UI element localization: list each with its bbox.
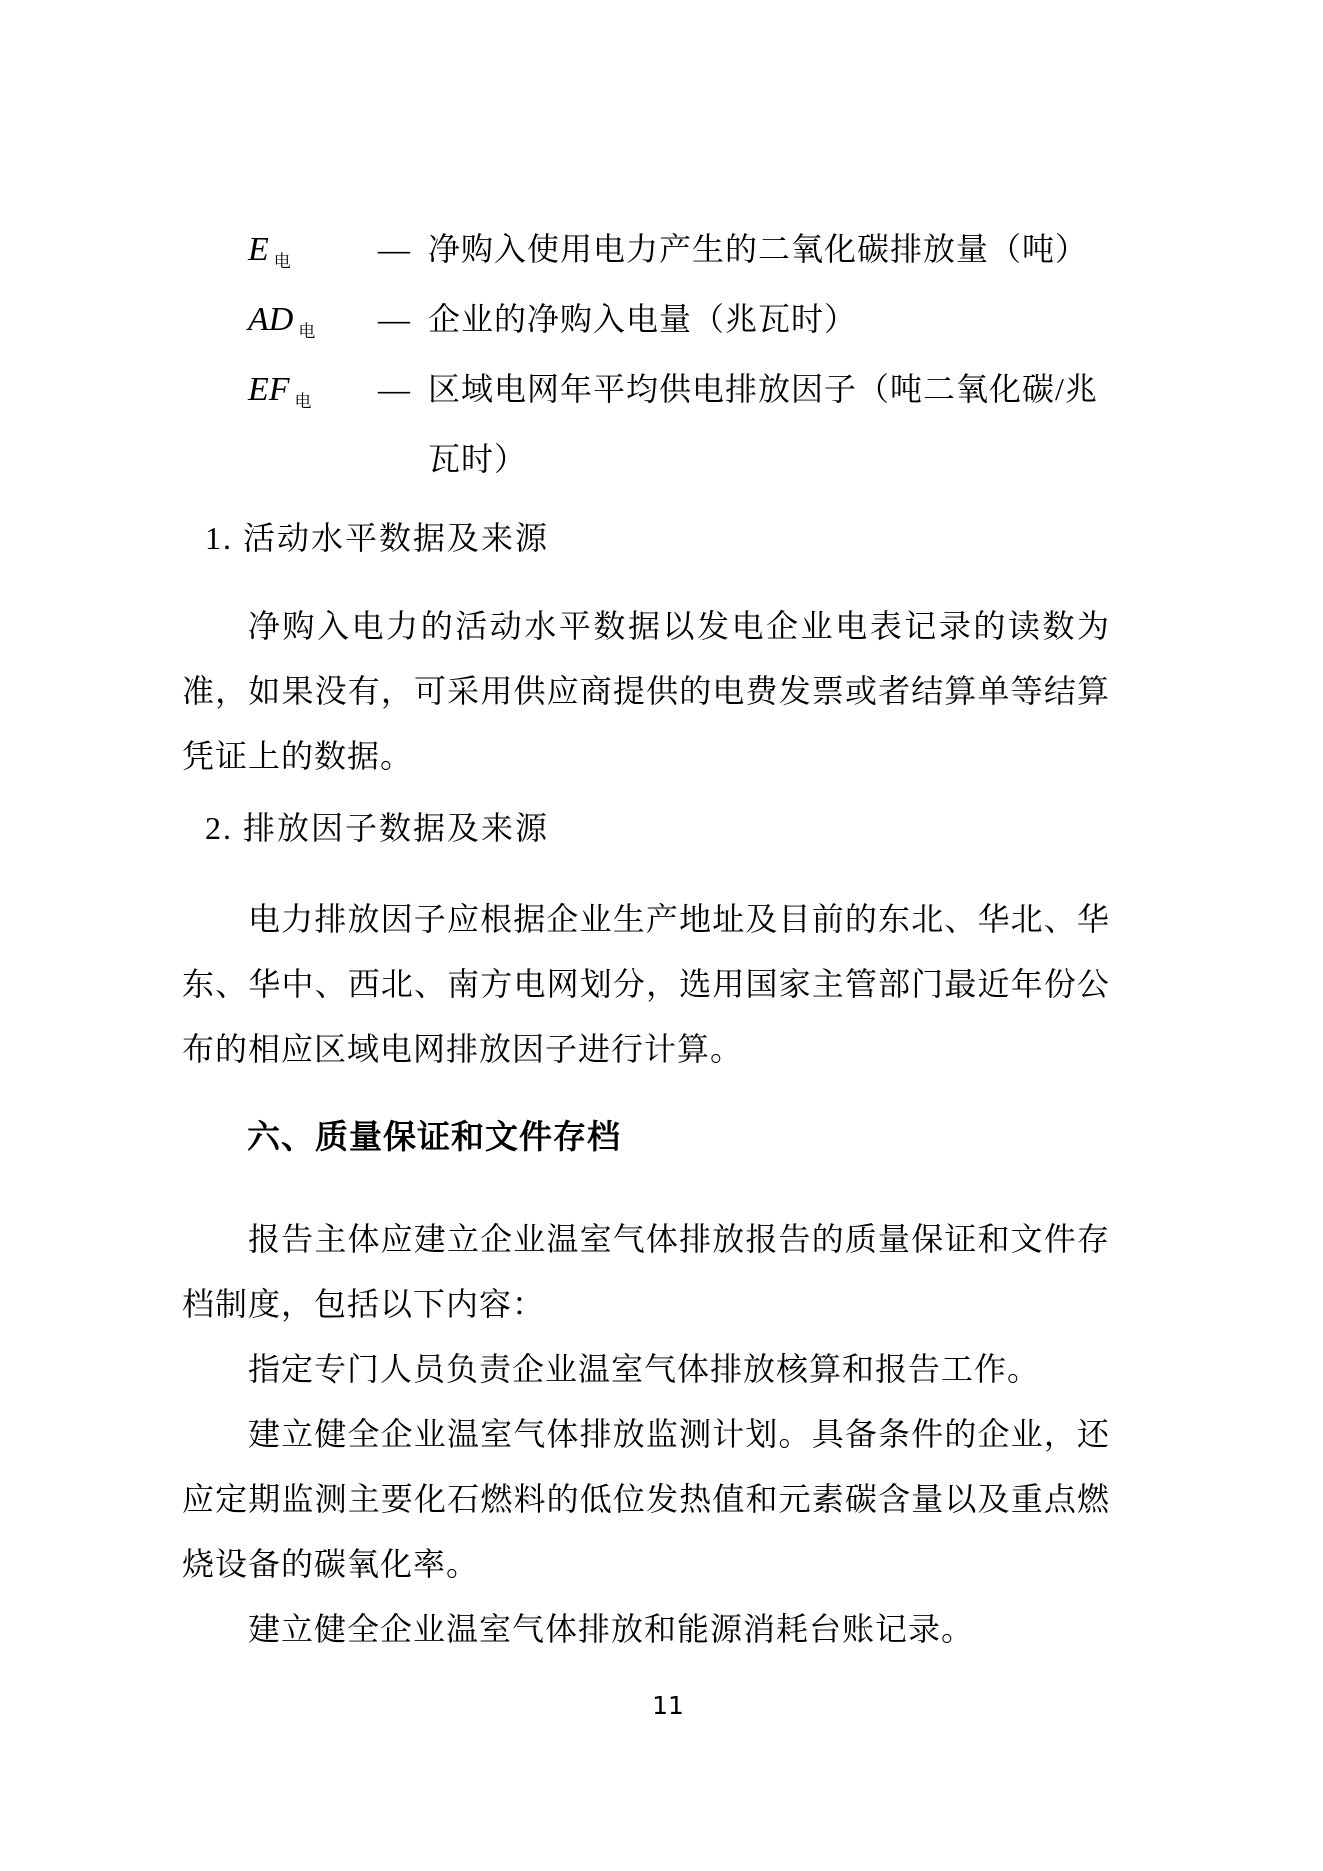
definition-continuation-line: 瓦时） xyxy=(182,424,1110,494)
symbol-ad: AD电 xyxy=(248,284,378,360)
text-line: 档制度，包括以下内容： xyxy=(182,1272,1110,1337)
paragraph-activity-data: 净购入电力的活动水平数据以发电企业电表记录的读数为 准，如果没有，可采用供应商提… xyxy=(182,594,1110,789)
heading-emission-factor: 2. 排放因子数据及来源 xyxy=(205,796,1110,861)
definition-text: 净购入使用电力产生的二氧化碳排放量（吨） xyxy=(428,214,1088,284)
page-number: 11 xyxy=(204,1688,1132,1724)
definition-dash: — xyxy=(378,284,428,354)
definition-text: 企业的净购入电量（兆瓦时） xyxy=(428,284,857,354)
text-line: 准，如果没有，可采用供应商提供的电费发票或者结算单等结算 xyxy=(182,659,1110,724)
text-line: 建立健全企业温室气体排放监测计划。具备条件的企业，还 xyxy=(182,1402,1110,1467)
text-line: 东、华中、西北、南方电网划分，选用国家主管部门最近年份公 xyxy=(182,952,1110,1017)
symbol-letter: E xyxy=(248,231,269,268)
section-quality-assurance-body: 报告主体应建立企业温室气体排放报告的质量保证和文件存 档制度，包括以下内容： 指… xyxy=(182,1207,1110,1662)
document-page: E电 — 净购入使用电力产生的二氧化碳排放量（吨） AD电 — 企业的净购入电量… xyxy=(0,0,1323,1871)
symbol-ef: EF电 xyxy=(248,354,378,430)
definition-dash: — xyxy=(378,354,428,424)
text-line: 报告主体应建立企业温室气体排放报告的质量保证和文件存 xyxy=(182,1207,1110,1272)
text-line: 指定专门人员负责企业温室气体排放核算和报告工作。 xyxy=(182,1337,1110,1402)
text-line: 布的相应区域电网排放因子进行计算。 xyxy=(182,1017,1110,1082)
symbol-letter: AD xyxy=(248,301,293,338)
symbol-subscript: 电 xyxy=(295,392,312,411)
definition-row-e: E电 — 净购入使用电力产生的二氧化碳排放量（吨） xyxy=(182,214,1110,284)
definition-row-ad: AD电 — 企业的净购入电量（兆瓦时） xyxy=(182,284,1110,354)
paragraph-emission-factor: 电力排放因子应根据企业生产地址及目前的东北、华北、华 东、华中、西北、南方电网划… xyxy=(182,887,1110,1082)
text-line: 净购入电力的活动水平数据以发电企业电表记录的读数为 xyxy=(182,594,1110,659)
symbol-subscript: 电 xyxy=(298,322,315,341)
symbol-subscript: 电 xyxy=(274,252,291,271)
definition-row-ef: EF电 — 区域电网年平均供电排放因子（吨二氧化碳/兆 xyxy=(182,354,1110,424)
symbol-e: E电 xyxy=(248,214,378,290)
text-line: 电力排放因子应根据企业生产地址及目前的东北、华北、华 xyxy=(182,887,1110,952)
text-line: 烧设备的碳氧化率。 xyxy=(182,1532,1110,1597)
symbol-definition-list: E电 — 净购入使用电力产生的二氧化碳排放量（吨） AD电 — 企业的净购入电量… xyxy=(182,214,1110,494)
definition-dash: — xyxy=(378,214,428,284)
heading-quality-assurance: 六、质量保证和文件存档 xyxy=(247,1104,1110,1169)
symbol-letter: EF xyxy=(248,371,290,408)
text-line: 凭证上的数据。 xyxy=(182,724,1110,789)
text-line: 建立健全企业温室气体排放和能源消耗台账记录。 xyxy=(182,1597,1110,1662)
heading-activity-data: 1. 活动水平数据及来源 xyxy=(205,506,1110,571)
definition-text: 区域电网年平均供电排放因子（吨二氧化碳/兆 xyxy=(428,354,1098,424)
text-line: 应定期监测主要化石燃料的低位发热值和元素碳含量以及重点燃 xyxy=(182,1467,1110,1532)
